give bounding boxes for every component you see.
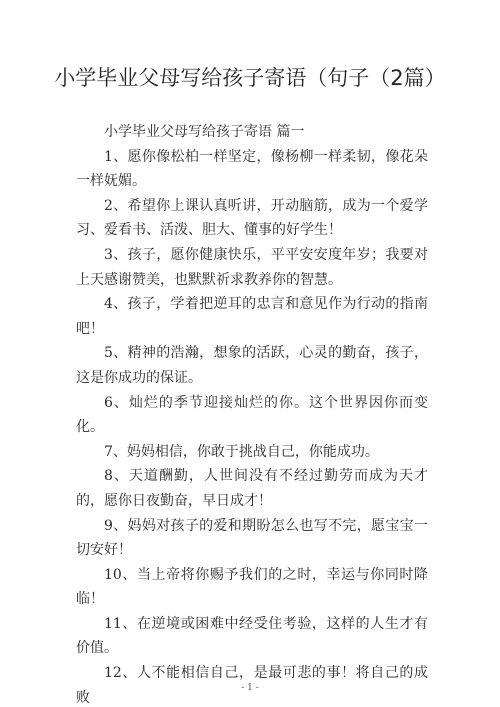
paragraph: 3、孩子，愿你健康快乐，平平安安度年岁；我要对上天感谢赞美，也默默祈求教养你的智…	[76, 243, 428, 292]
paragraph: 6、灿烂的季节迎接灿烂的你。这个世界因你而变化。	[76, 391, 428, 440]
paragraph: 2、希望你上课认真听讲，开动脑筋，成为一个爱学习、爱看书、活泼、胆大、懂事的好学…	[76, 194, 428, 243]
paragraph: 10、当上帝将你赐予我们的之时，幸运与你同时降临！	[76, 563, 428, 612]
paragraph: 4、孩子，学着把逆耳的忠言和意见作为行动的指南吧！	[76, 292, 428, 341]
paragraph: 1、愿你像松柏一样坚定，像杨柳一样柔韧，像花朵一样妩媚。	[76, 145, 428, 194]
paragraph: 9、妈妈对孩子的爱和期盼怎么也写不完，愿宝宝一切安好！	[76, 514, 428, 563]
paragraph: 7、妈妈相信，你敢于挑战自己，你能成功。	[76, 440, 428, 465]
page-number: - 1 -	[0, 683, 500, 693]
document-title: 小学毕业父母写给孩子寄语（句子（2篇）	[0, 62, 500, 92]
paragraph: 8、天道酬勤，人世间没有不经过勤劳而成为天才的，愿你日夜勤奋，早日成才！	[76, 464, 428, 513]
section-heading: 小学毕业父母写给孩子寄语 篇一	[76, 120, 428, 145]
document-body: 小学毕业父母写给孩子寄语 篇一 1、愿你像松柏一样坚定，像杨柳一样柔韧，像花朵一…	[76, 120, 428, 707]
paragraph: 5、精神的浩瀚，想象的活跃，心灵的勤奋，孩子，这是你成功的保证。	[76, 341, 428, 390]
paragraph: 11、在逆境或困难中经受住考验，这样的人生才有价值。	[76, 612, 428, 661]
